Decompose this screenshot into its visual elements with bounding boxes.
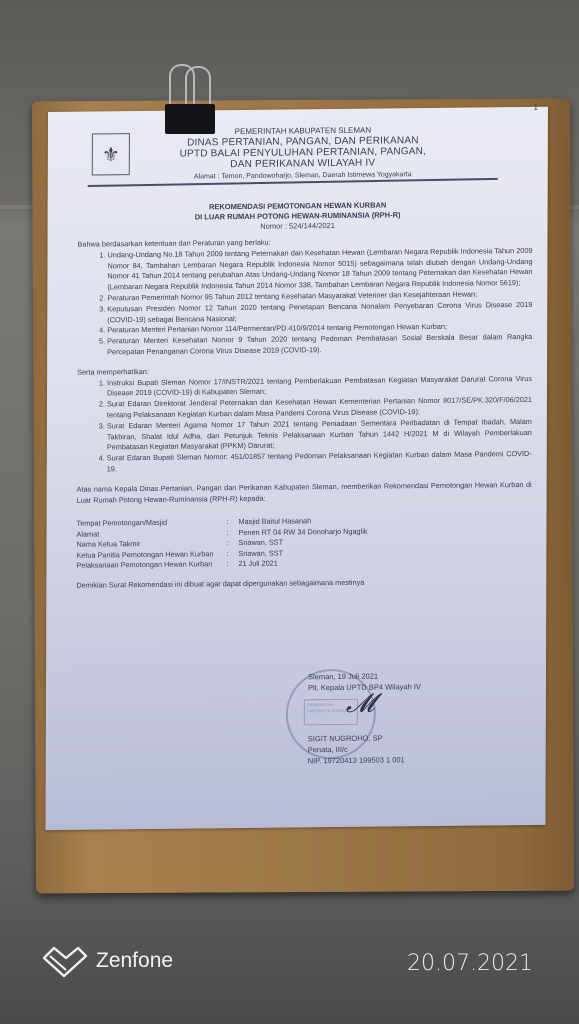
camera-watermark-date: 20.07.2021 [407,951,533,976]
detail-label: Pelaksanaan Pemotongan Hewan Kurban [76,559,226,571]
recommendation-letter: 1 ⚜ PEMERINTAH KABUPATEN SLEMAN DINAS PE… [45,107,547,830]
binder-clip-icon [163,64,217,136]
observing-list: Instruksi Bupati Sleman Nomor 17/INSTR/2… [77,374,532,476]
regency-logo-icon: ⚜ [92,133,130,175]
camera-watermark-brand: Zenfone [40,944,173,978]
considering-list: Undang-Undang No.18 Tahun 2009 tentang P… [77,246,532,359]
observing-item: Surat Edaran Menteri Agama Nomor 17 Tahu… [107,417,532,454]
letter-body: Bahwa berdasarkan ketentuan dan Peratura… [76,235,532,591]
considering-item: Undang-Undang No.18 Tahun 2009 tentang P… [107,246,532,294]
page-number: 1 [534,103,538,112]
document-title: REKOMENDASI PEMOTONGAN HEWAN KURBAN DI L… [48,199,548,234]
recipient-details: Tempat Pemotongan/Masjid:Masjid Baitul H… [76,514,531,571]
zenfone-logo-icon [40,944,90,978]
sign-nip: NIP. 19720413 199503 1 001 [308,753,508,766]
signature-block: Sleman, 19 Juli 2021 Plt. Kepala UPTD BP… [308,669,508,766]
brand-label: Zenfone [96,949,173,973]
